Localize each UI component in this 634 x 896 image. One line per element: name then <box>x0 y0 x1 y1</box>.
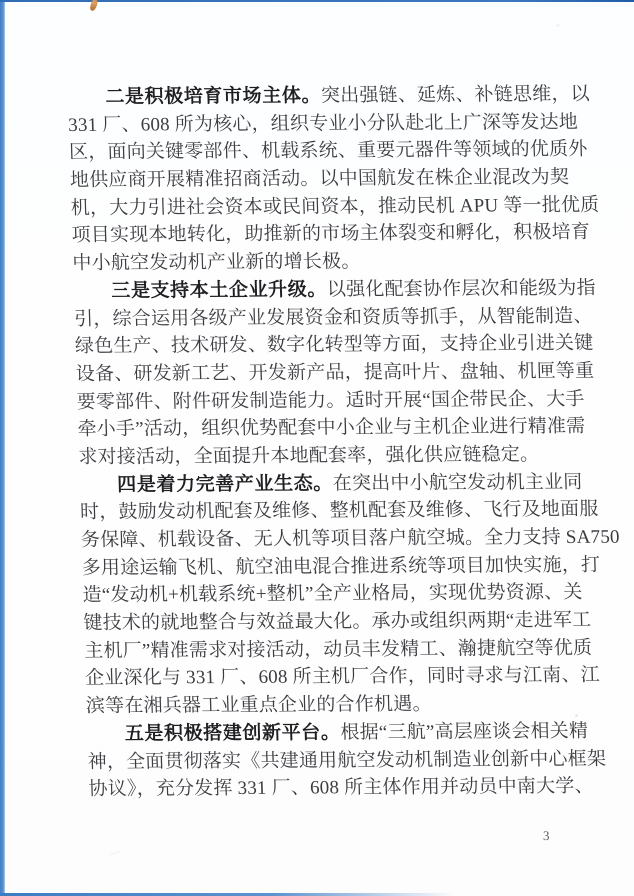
text-line: 中小航空发动机产业新的增长极。 <box>72 247 585 278</box>
text-line: 键技术的就地整合与效益最大化。承办或组织两期“走进军工 <box>83 607 596 638</box>
text-line: 项目实现本地转化，助推新的市场主体裂变和孵化，积极培育 <box>71 219 584 250</box>
text-line: 四是着力完善产业生态。在突出中小航空发动机主业同 <box>79 468 592 499</box>
paragraph-lead: 三是支持本土企业升级。 <box>111 279 327 301</box>
text-line: 造“发动机+机载系统+整机”全产业格局，实现优势资源、关 <box>82 579 595 610</box>
text-line: 神，全面贯彻落实《共建通用航空发动机制造业创新中心框架 <box>87 745 600 776</box>
paragraph: 四是着力完善产业生态。在突出中小航空发动机主业同时，鼓励发动机配套及维修、整机配… <box>79 468 599 720</box>
scan-artifact-speck <box>89 0 99 12</box>
text-line: 设备、研发新工艺、开发新产品，提高叶片、盘轴、机匣等重 <box>75 358 588 389</box>
text-line: 协议》，充分发挥 331 厂、608 所主体作用并动员中南大学、 <box>88 773 601 804</box>
document-body: 二是积极培育市场主体。突出强链、延炼、补链思维，以331 厂、608 所为核心，… <box>67 81 601 804</box>
paragraph: 五是积极搭建创新平台。根据“三航”高层座谈会相关精神，全面贯彻落实《共建通用航空… <box>86 718 601 804</box>
text-line: 二是积极培育市场主体。突出强链、延炼、补链思维，以 <box>67 81 580 112</box>
scan-dust-speck <box>108 850 122 856</box>
text-line: 三是支持本土企业升级。以强化配套协作层次和能级为指 <box>73 275 586 306</box>
text-line: 求对接活动，全面提升本地配套率，强化供应链稳定。 <box>78 441 591 472</box>
text-line: 多用途运输飞机、航空油电混合推进系统等项目加快实施，打 <box>81 551 594 582</box>
text-line: 牵小手”活动，组织优势配套中小企业与主机企业进行精准需 <box>77 413 590 444</box>
scan-edge-left <box>0 0 5 896</box>
paragraph-lead: 二是积极培育市场主体。 <box>105 85 321 107</box>
text-line: 滨等在湘兵器工业重点企业的合作机遇。 <box>86 690 599 721</box>
text-line: 引，综合运用各级产业发展资金和资质等抓手，从智能制造、 <box>74 302 587 333</box>
paragraph-lead: 四是着力完善产业生态。 <box>117 473 333 495</box>
paragraph: 三是支持本土企业升级。以强化配套协作层次和能级为指引，综合运用各级产业发展资金和… <box>73 275 591 472</box>
text-line: 主机厂”精准需求对接活动，动员丰发精工、瀚捷航空等优质 <box>84 635 597 666</box>
paragraph-lead: 五是积极搭建创新平台。 <box>125 722 341 744</box>
text-line: 五是积极搭建创新平台。根据“三航”高层座谈会相关精 <box>86 718 599 749</box>
text-line: 企业深化与 331 厂、608 所主机厂合作，同时寻求与江南、江 <box>85 662 598 693</box>
text-line: 地供应商开展精准招商活动。以中国航发在株企业混改为契 <box>70 164 583 195</box>
text-line: 区，面向关键零部件、机载系统、重要元器件等领域的优质外 <box>69 136 582 167</box>
scan-dust-speck <box>556 24 560 27</box>
text-line: 331 厂、608 所为核心，组织专业小分队赴北上广深等发达地 <box>68 109 581 140</box>
scanned-document-page: 二是积极培育市场主体。突出强链、延炼、补链思维，以331 厂、608 所为核心，… <box>0 0 634 896</box>
text-line: 机，大力引进社会资本或民间资本，推动民机 APU 等一批优质 <box>70 192 583 223</box>
page-number: 3 <box>543 828 550 844</box>
paragraph: 二是积极培育市场主体。突出强链、延炼、补链思维，以331 厂、608 所为核心，… <box>67 81 585 278</box>
text-line: 绿色生产、技术研发、数字化转型等方面，支持企业引进关键 <box>75 330 588 361</box>
text-line: 务保障、机载设备、无人机等项目落户航空城。全力支持 SA750 <box>81 524 594 555</box>
text-line: 要零部件、附件研发制造能力。适时开展“国企带民企、大手 <box>76 385 589 416</box>
text-line: 时，鼓励发动机配套及维修、整机配套及维修、飞行及地面服 <box>80 496 593 527</box>
